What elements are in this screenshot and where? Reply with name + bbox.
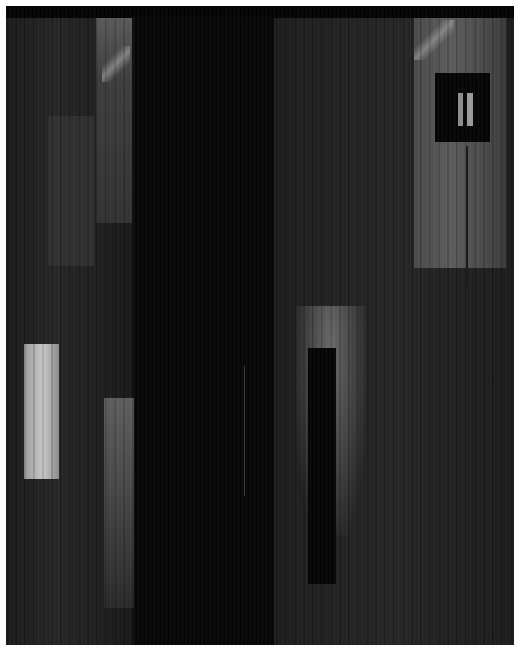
tall-black-rectangle [308, 348, 336, 584]
abstract-artwork [6, 6, 514, 645]
upper-right-streak [414, 20, 454, 60]
central-thin-line [244, 366, 245, 496]
right-vertical-line [466, 146, 468, 286]
square-light-bar-left [458, 93, 463, 126]
left-bright-panel [24, 344, 59, 479]
top-dark-bar [6, 6, 514, 18]
central-black-band [134, 6, 274, 645]
left-mid-gray-panel [48, 116, 94, 266]
square-light-bar-right [467, 93, 473, 126]
upper-left-streak [102, 46, 130, 82]
